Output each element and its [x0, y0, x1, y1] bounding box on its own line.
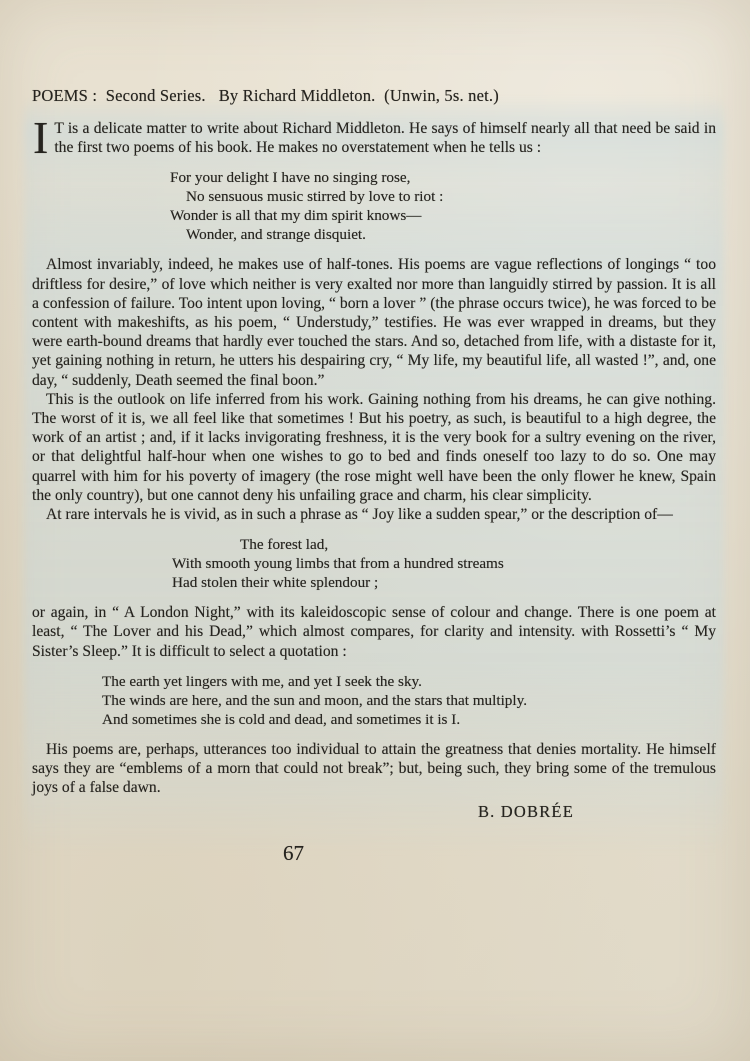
reviewer-signature: B. DOBRÉE [32, 802, 716, 822]
verse-line: Wonder, and strange disquiet. [32, 225, 716, 244]
verse-line: The winds are here, and the sun and moon… [32, 691, 716, 710]
paragraph-london-night: or again, in “ A London Night,” with its… [32, 603, 716, 661]
dropcap-initial: I [32, 119, 54, 155]
paragraph-intro-text: T is a delicate matter to write about Ri… [54, 120, 716, 156]
paragraph-halftones: Almost invariably, indeed, he makes use … [32, 255, 716, 389]
verse-line: Wonder is all that my dim spirit knows— [32, 206, 716, 225]
verse-line: No sensuous music stirred by love to rio… [32, 187, 716, 206]
page-number: 67 [283, 841, 304, 866]
verse-quote-3: The earth yet lingers with me, and yet I… [32, 672, 716, 729]
review-heading: POEMS : Second Series. By Richard Middle… [32, 86, 716, 106]
verse-line: The earth yet lingers with me, and yet I… [32, 672, 716, 691]
verse-line: For your delight I have no singing rose, [32, 168, 716, 187]
verse-quote-2: The forest lad, With smooth young limbs … [32, 535, 716, 592]
verse-line: The forest lad, [32, 535, 716, 554]
paragraph-intro: IT is a delicate matter to write about R… [32, 119, 716, 157]
text-column: POEMS : Second Series. By Richard Middle… [32, 86, 716, 822]
paragraph-conclusion: His poems are, perhaps, utterances too i… [32, 740, 716, 798]
verse-line: With smooth young limbs that from a hund… [32, 554, 716, 573]
verse-line: And sometimes she is cold and dead, and … [32, 710, 716, 729]
verse-line: Had stolen their white splendour ; [32, 573, 716, 592]
scanned-book-page: POEMS : Second Series. By Richard Middle… [0, 0, 750, 1061]
paragraph-outlook: This is the outlook on life inferred fro… [32, 390, 716, 505]
paragraph-vivid: At rare intervals he is vivid, as in suc… [32, 505, 716, 524]
verse-quote-1: For your delight I have no singing rose,… [32, 168, 716, 244]
